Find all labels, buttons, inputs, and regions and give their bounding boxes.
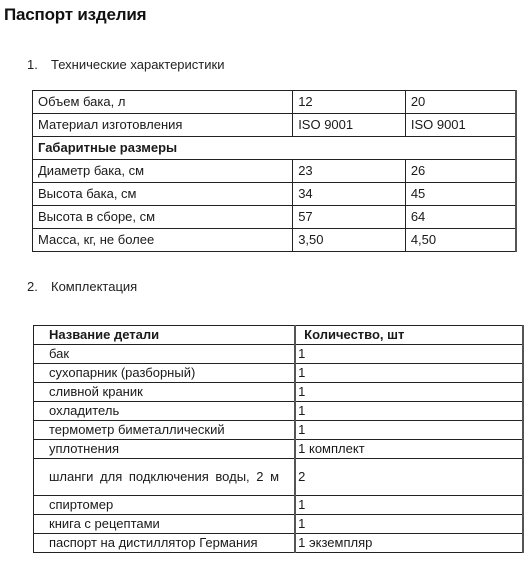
- spec-value-20l: 45: [405, 183, 516, 206]
- spec-value-12l: 23: [293, 160, 406, 183]
- table-row: Высота в сборе, см 57 64: [33, 206, 517, 229]
- specs-table: Объем бака, л 12 20 Материал изготовлени…: [32, 90, 517, 252]
- spec-value-20l: ISO 9001: [405, 114, 516, 137]
- table-row: Диаметр бака, см 23 26: [33, 160, 517, 183]
- part-name: охладитель: [34, 402, 296, 421]
- spec-label: Высота бака, см: [33, 183, 293, 206]
- part-quantity: 1: [295, 364, 523, 383]
- spec-group-header: Габаритные размеры: [33, 137, 517, 160]
- table-row: Материал изготовления ISO 9001 ISO 9001: [33, 114, 517, 137]
- spec-value-20l: 64: [405, 206, 516, 229]
- spec-value-12l: 12: [293, 91, 406, 114]
- part-name: шланги для подключения воды, 2 м: [34, 459, 296, 496]
- section-number: 2.: [27, 279, 51, 294]
- spec-value-12l: 3,50: [293, 229, 406, 252]
- table-row: Масса, кг, не более 3,50 4,50: [33, 229, 517, 252]
- table-row: охладитель 1: [34, 402, 524, 421]
- table-row: уплотнения 1 комплект: [34, 440, 524, 459]
- spec-value-12l: ISO 9001: [293, 114, 406, 137]
- spec-value-20l: 26: [405, 160, 516, 183]
- table-row: термометр биметаллический 1: [34, 421, 524, 440]
- table-row: книга с рецептами 1: [34, 515, 524, 534]
- part-quantity: 1: [295, 421, 523, 440]
- table-row: сухопарник (разборный) 1: [34, 364, 524, 383]
- part-quantity: 1 экземпляр: [295, 534, 523, 553]
- part-name: спиртомер: [34, 496, 296, 515]
- table-row: паспорт на дистиллятор Германия 1 экземп…: [34, 534, 524, 553]
- part-name: сухопарник (разборный): [34, 364, 296, 383]
- part-quantity: 2: [295, 459, 523, 496]
- part-quantity: 1: [295, 515, 523, 534]
- column-header-quantity: Количество, шт: [295, 326, 523, 345]
- part-name: термометр биметаллический: [34, 421, 296, 440]
- spec-value-12l: 57: [293, 206, 406, 229]
- part-name: уплотнения: [34, 440, 296, 459]
- section-number: 1.: [27, 57, 51, 72]
- table-row: спиртомер 1: [34, 496, 524, 515]
- table-header-row: Название детали Количество, шт: [34, 326, 524, 345]
- table-row: сливной краник 1: [34, 383, 524, 402]
- spec-label: Диаметр бака, см: [33, 160, 293, 183]
- part-name: бак: [34, 345, 296, 364]
- contents-table: Название детали Количество, шт бак 1 сух…: [33, 325, 524, 553]
- spec-value-20l: 4,50: [405, 229, 516, 252]
- part-quantity: 1: [295, 345, 523, 364]
- table-group-row: Габаритные размеры: [33, 137, 517, 160]
- section-title: Технические характеристики: [51, 57, 224, 72]
- section-heading-contents: 2.Комплектация: [27, 279, 137, 294]
- spec-label: Высота в сборе, см: [33, 206, 293, 229]
- table-row: Высота бака, см 34 45: [33, 183, 517, 206]
- part-name: сливной краник: [34, 383, 296, 402]
- spec-value-12l: 34: [293, 183, 406, 206]
- spec-label: Материал изготовления: [33, 114, 293, 137]
- part-quantity: 1: [295, 496, 523, 515]
- column-header-part: Название детали: [34, 326, 296, 345]
- part-quantity: 1: [295, 402, 523, 421]
- section-title: Комплектация: [51, 279, 137, 294]
- document-title: Паспорт изделия: [4, 5, 146, 25]
- part-quantity: 1: [295, 383, 523, 402]
- part-quantity: 1 комплект: [295, 440, 523, 459]
- spec-value-20l: 20: [405, 91, 516, 114]
- spec-label: Объем бака, л: [33, 91, 293, 114]
- table-row: шланги для подключения воды, 2 м 2: [34, 459, 524, 496]
- section-heading-specs: 1.Технические характеристики: [27, 57, 224, 72]
- part-name: книга с рецептами: [34, 515, 296, 534]
- spec-label: Масса, кг, не более: [33, 229, 293, 252]
- table-row: бак 1: [34, 345, 524, 364]
- part-name: паспорт на дистиллятор Германия: [34, 534, 296, 553]
- table-row: Объем бака, л 12 20: [33, 91, 517, 114]
